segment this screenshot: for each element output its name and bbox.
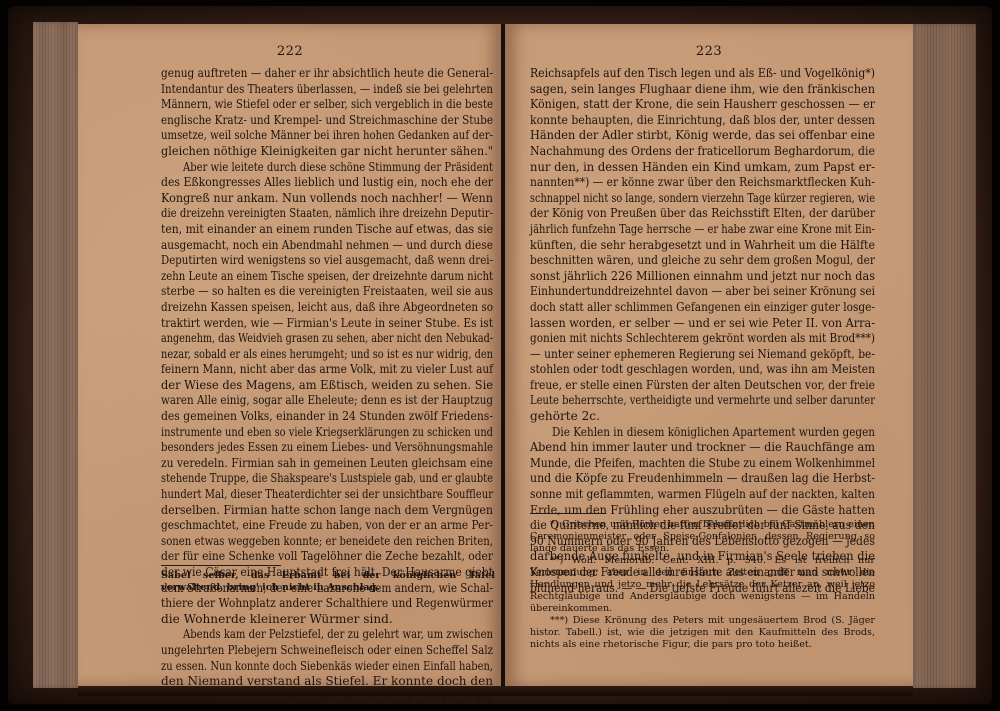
text-line: Munde, die Pfeifen, machten die Stube zu… xyxy=(530,456,875,472)
text-line: traktirt werden, wie — Firmian's Leute i… xyxy=(161,316,493,332)
right-page-body: Reichsapfels auf den Tisch legen und als… xyxy=(530,66,875,596)
text-line: Königen, statt der Krone, die sein Haush… xyxy=(530,97,875,113)
left-page-footnotes: Sabel selber, das Erbamt bei der königli… xyxy=(161,570,495,594)
text-line: zu veredeln. Firmian sah in gemeinen Leu… xyxy=(161,456,493,472)
text-line: Männern, wie Stiefel oder er selber, sic… xyxy=(161,97,493,113)
text-line: zehn Leute an einem Tische speisen, der … xyxy=(161,269,493,285)
text-line: Nachahmung des Ordens der fraticellorum … xyxy=(530,144,875,160)
text-line: lassen worden, er selber — und er sei wi… xyxy=(530,316,875,332)
text-line: Die Kehlen in diesem königlichen Apartem… xyxy=(530,425,875,441)
text-line: ungelehrten Plebejern Schweinefleisch od… xyxy=(161,643,493,659)
footnote: **) Wolf. Memorab. Cent. XIII. p. 540. E… xyxy=(530,555,875,615)
text-line: waren Alle einig, sogar alle Eheleute; d… xyxy=(161,393,493,409)
text-line: Abend hin immer lauter und trockner — di… xyxy=(530,440,875,456)
text-line: gleichen nöthige Kleinigkeiten gar nicht… xyxy=(161,144,493,160)
text-line: ausgemacht, noch ein Abendmahl nehmen — … xyxy=(161,238,493,254)
text-line: gonien mit nichts Schlechterem gekrönt w… xyxy=(530,331,875,347)
text-line: Leute beherrschte, vertheidigte und verm… xyxy=(530,393,875,409)
footnote: ***) Diese Krönung des Peters mit ungesä… xyxy=(530,615,875,651)
text-line: künften, die sehr herabgesetzt und in Wa… xyxy=(530,238,875,254)
text-line: nannten**) — er könne zwar über den Reic… xyxy=(530,175,875,191)
footnote-rule-left xyxy=(161,565,281,566)
text-line: des gemeinen Volks, einander in 24 Stund… xyxy=(161,409,493,425)
text-line: angenehm, das Weidvieh grasen zu sehen, … xyxy=(161,331,493,347)
text-line: beschnitten wären, und gleiche zu sehr d… xyxy=(530,253,875,269)
text-line: Händen der Adler stirbt, König werde, da… xyxy=(530,128,875,144)
text-line: gehörte 2c. xyxy=(530,409,875,425)
page-number-left: 222 xyxy=(78,44,502,59)
text-line: Intendantur des Theaters überlassen, — i… xyxy=(161,82,493,98)
right-page-footnotes: *) Griechen und Römer hatten bekanntlich… xyxy=(530,519,875,651)
page-number-right: 223 xyxy=(505,44,913,59)
text-line: dreizehn Kassen speisen, leicht aus, daß… xyxy=(161,300,493,316)
footnote: *) Griechen und Römer hatten bekanntlich… xyxy=(530,519,875,555)
text-line: Reichsapfels auf den Tisch legen und als… xyxy=(530,66,875,82)
text-line: stohlen oder todt geschlagen worden, und… xyxy=(530,362,875,378)
text-line: englische Kratz- und Krempel- und Streic… xyxy=(161,113,493,129)
text-line: umsetze, weil solche Männer bei ihren ho… xyxy=(161,128,493,144)
text-line: Abends kam der Pelzstiefel, der zu geleh… xyxy=(161,627,493,643)
text-line: doch statt aller schlimmen Gefangenen ei… xyxy=(530,300,875,316)
text-line: nur den, in dessen Händen ein Kind umkam… xyxy=(530,160,875,176)
right-page: 223 Reichsapfels auf den Tisch legen und… xyxy=(505,24,913,686)
text-line: jährlich funfzehn Tage herrsche — er hab… xyxy=(530,222,875,238)
text-line: nezar, sobald er als eines herumgeht; un… xyxy=(161,347,493,363)
text-line: sonne mit geflammten, warmen Flügeln auf… xyxy=(530,487,875,503)
left-page-edges xyxy=(33,22,78,688)
footnote-rule-right xyxy=(530,513,606,514)
text-line: derselben. Firmian hatte schon lange nac… xyxy=(161,503,493,519)
text-line: stehende Truppe, die Shakspeare's Lustsp… xyxy=(161,471,493,487)
text-line: Aber wie leitete durch diese schöne Stim… xyxy=(161,160,493,176)
text-line: besonders jedes Essen zu einem Liebes- u… xyxy=(161,440,493,456)
text-line: Deputirten wird wenigstens so viel ausge… xyxy=(161,253,493,269)
text-line: der Wiese des Magens, am Eßtisch, weiden… xyxy=(161,378,493,394)
text-line: instrumente und eben so viele Kriegserkl… xyxy=(161,425,493,441)
book-bottom-edge xyxy=(78,686,913,696)
left-page: 222 genug auftreten — daher er ihr absic… xyxy=(78,24,502,686)
text-line: Kongreß nur ankam. Nun vollends noch nac… xyxy=(161,191,493,207)
text-line: sagen, sein langes Flughaar diene ihm, w… xyxy=(530,82,875,98)
left-page-body: genug auftreten — daher er ihr absichtli… xyxy=(161,66,493,705)
text-line: konnte behaupten, die Einrichtung, daß b… xyxy=(530,113,875,129)
text-line: genug auftreten — daher er ihr absichtli… xyxy=(161,66,493,82)
text-line: freue, er stelle einen Fürsten der alten… xyxy=(530,378,875,394)
text-line: schnappel nicht so lange, sondern vierze… xyxy=(530,191,875,207)
text-line: des Eßkongresses Alles lieblich und lust… xyxy=(161,175,493,191)
text-line: der für eine Schenke voll Tagelöhner die… xyxy=(161,549,493,565)
text-line: die dreizehn vereinigten Staaten, nämlic… xyxy=(161,206,493,222)
text-line: sterbe — so halten es die vereinigten Fr… xyxy=(161,284,493,300)
text-line: ten, mit einander an einem runden Tische… xyxy=(161,222,493,238)
text-line: feinern Mann, nicht aber das arme Volk, … xyxy=(161,362,493,378)
text-line: geschmachtet, eine Freude zu haben, von … xyxy=(161,518,493,534)
text-line: Einhundertunddreizehntel davon — aber be… xyxy=(530,284,875,300)
text-line: — unter seiner ephemeren Regierung sei N… xyxy=(530,347,875,363)
right-page-edges xyxy=(912,24,976,688)
text-line: die Wohnerde kleinerer Würmer sind. xyxy=(161,612,493,628)
text-line: der König von Preußen über das Reichssti… xyxy=(530,206,875,222)
text-line: und die Köpfe zu Freudenhimmeln — drauße… xyxy=(530,471,875,487)
text-line: zu essen. Nun konnte doch Siebenkäs wied… xyxy=(161,659,493,675)
text-line: sonen etwas weggeben konnte; er beneidet… xyxy=(161,534,493,550)
text-line: sonst jährlich 226 Millionen einnahm und… xyxy=(530,269,875,285)
text-line: Erde, um den Frühling eher auszubrüten —… xyxy=(530,503,875,519)
text-line: hundert Mal, dieser Theaterdichter sei d… xyxy=(161,487,493,503)
text-line: thiere der Wohnplatz anderer Schalthiere… xyxy=(161,596,493,612)
footnote: Sabel selber, das Erbamt bei der königli… xyxy=(161,570,495,594)
